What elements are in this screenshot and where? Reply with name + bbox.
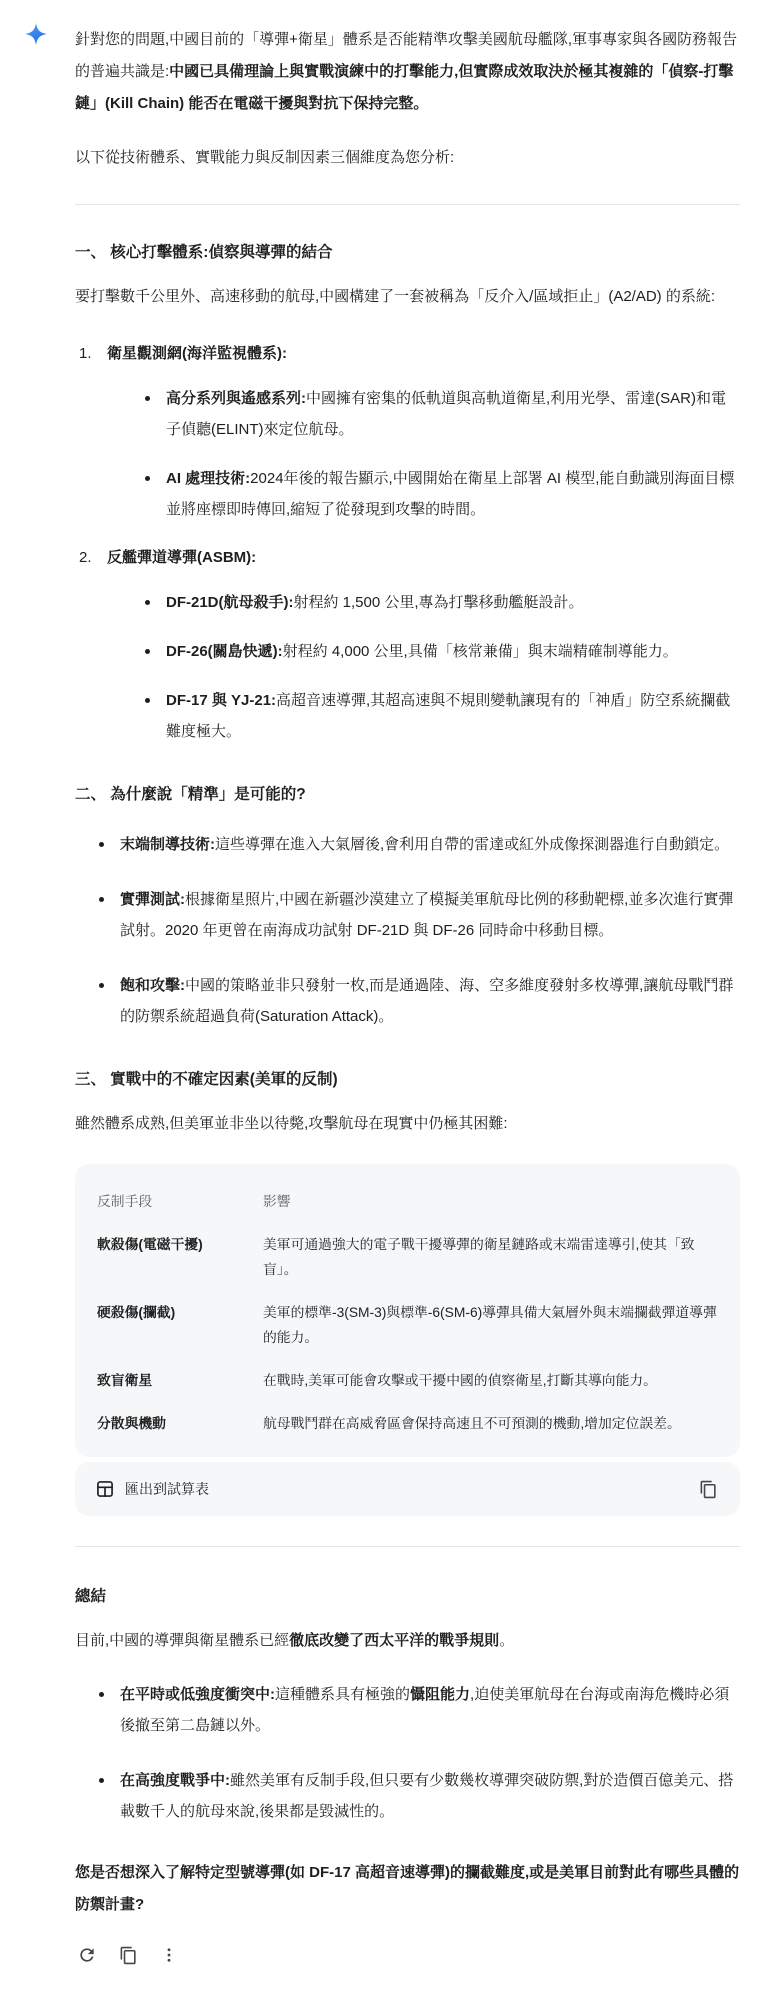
regenerate-button[interactable] [75,1943,99,1967]
intro-bold-text: 中國已具備理論上與實戰演練中的打擊能力,但實際成效取決於極其複雜的「偵察-打擊鏈… [75,63,733,112]
more-options-button[interactable] [158,1944,180,1966]
list-item-title: 衛星觀測網(海洋監視體系): [107,339,287,369]
list-item: 末端制導技術:這些導彈在進入大氣層後,會利用自帶的雷達或紅外成像探測器進行自動鎖… [91,829,740,860]
bullet-label: 實彈測試: [120,891,185,908]
table-actions-bar: 匯出到試算表 [75,1462,740,1516]
list-item: 在平時或低強度衝突中:這種體系具有極強的懾阻能力,迫使美軍航母在台海或南海危機時… [91,1679,740,1741]
bullet-text: DF-26(關島快遞):射程約 4,000 公里,具備「核常兼備」與末端精確制導… [166,636,678,667]
table-header-impact: 影響 [263,1189,718,1214]
bullet-text: 實彈測試:根據衛星照片,中國在新疆沙漠建立了模擬美軍航母比例的移動靶標,並多次進… [120,884,740,946]
list-item-title-row: 1. 衛星觀測網(海洋監視體系): [79,339,740,369]
bullet-body: 射程約 1,500 公里,專為打擊移動艦艇設計。 [294,594,584,611]
section-divider [75,1546,740,1547]
summary-lead: 目前,中國的導彈與衛星體系已經徹底改變了西太平洋的戰爭規則。 [75,1625,740,1657]
bullet-dot [99,983,104,988]
bullet-dot [99,897,104,902]
list-item-title: 反艦彈道導彈(ASBM): [107,543,256,573]
copy-response-button[interactable] [117,1944,140,1967]
table-cell-impact: 美軍可通過強大的電子戰干擾導彈的衛星鏈路或末端雷達導引,使其「致盲」。 [263,1232,718,1282]
bullet-label: 飽和攻擊: [120,977,185,994]
table-row: 致盲衛星 在戰時,美軍可能會攻擊或干擾中國的偵察衛星,打斷其導向能力。 [97,1359,718,1402]
refresh-icon [77,1945,97,1965]
bullet-body: 射程約 4,000 公里,具備「核常兼備」與末端精確制導能力。 [283,643,678,660]
table-cell-impact: 航母戰鬥群在高威脅區會保持高速且不可預測的機動,增加定位誤差。 [263,1411,718,1436]
list-item: DF-17 與 YJ-21:高超音速導彈,其超高速與不規則變軌讓現有的「神盾」防… [137,685,740,747]
bullet-text: 飽和攻擊:中國的策略並非只發射一枚,而是通過陸、海、空多維度發射多枚導彈,讓航母… [120,970,740,1032]
gemini-sparkle-icon [24,22,48,46]
assistant-response: 針對您的問題,中國目前的「導彈+衛星」體系是否能精準攻擊美國航母艦隊,軍事專家與… [0,0,780,2007]
bullet-body: 這種體系具有極強的 [275,1686,410,1703]
list-item: 2. 反艦彈道導彈(ASBM): DF-21D(航母殺手):射程約 1,500 … [79,543,740,747]
bullet-body: 這些導彈在進入大氣層後,會利用自帶的雷達或紅外成像探測器進行自動鎖定。 [215,836,729,853]
bullet-text: 在高強度戰爭中:雖然美軍有反制手段,但只要有少數幾枚導彈突破防禦,對於造價百億美… [120,1765,740,1827]
bullet-label: 末端制導技術: [120,836,215,853]
list-item: 飽和攻擊:中國的策略並非只發射一枚,而是通過陸、海、空多維度發射多枚導彈,讓航母… [91,970,740,1032]
list-item: 高分系列與遙感系列:中國擁有密集的低軌道與高軌道衛星,利用光學、雷達(SAR)和… [137,383,740,445]
bullet-text: 在平時或低強度衝突中:這種體系具有極強的懾阻能力,迫使美軍航母在台海或南海危機時… [120,1679,740,1741]
bullet-dot [145,600,150,605]
bullet-dot [99,842,104,847]
section2-heading: 二、 為什麼說「精準」是可能的? [75,783,740,807]
list-item: DF-21D(航母殺手):射程約 1,500 公里,專為打擊移動艦艇設計。 [137,587,740,618]
bullet-body: 根據衛星照片,中國在新疆沙漠建立了模擬美軍航母比例的移動靶標,並多次進行實彈試射… [120,891,733,939]
bullet-text: DF-21D(航母殺手):射程約 1,500 公里,專為打擊移動艦艇設計。 [166,587,584,618]
bullet-text: DF-17 與 YJ-21:高超音速導彈,其超高速與不規則變軌讓現有的「神盾」防… [166,685,740,747]
list-item: 實彈測試:根據衛星照片,中國在新疆沙漠建立了模擬美軍航母比例的移動靶標,並多次進… [91,884,740,946]
bullet-label: 在高強度戰爭中: [120,1772,230,1789]
bullet-dot [99,1778,104,1783]
table-cell-method: 分散與機動 [97,1411,245,1436]
list-item-title-row: 2. 反艦彈道導彈(ASBM): [79,543,740,573]
table-cell-method: 軟殺傷(電磁干擾) [97,1232,245,1282]
table-row: 分散與機動 航母戰鬥群在高威脅區會保持高速且不可預測的機動,增加定位誤差。 [97,1402,718,1445]
list-item-number: 2. [79,543,107,573]
bullet-text: 末端制導技術:這些導彈在進入大氣層後,會利用自帶的雷達或紅外成像探測器進行自動鎖… [120,829,729,860]
bullet-label: 在平時或低強度衝突中: [120,1686,275,1703]
bullet-dot [145,476,150,481]
section3-heading: 三、 實戰中的不確定因素(美軍的反制) [75,1068,740,1092]
bullet-label: DF-26(關島快遞): [166,643,283,660]
list-item: DF-26(關島快遞):射程約 4,000 公里,具備「核常兼備」與末端精確制導… [137,636,740,667]
nested-bullet-list: DF-21D(航母殺手):射程約 1,500 公里,專為打擊移動艦艇設計。 DF… [137,587,740,747]
bullet-body: 中國的策略並非只發射一枚,而是通過陸、海、空多維度發射多枚導彈,讓航母戰鬥群的防… [120,977,733,1025]
intro-paragraph: 針對您的問題,中國目前的「導彈+衛星」體系是否能精準攻擊美國航母艦隊,軍事專家與… [75,24,740,120]
table-row: 軟殺傷(電磁干擾) 美軍可通過強大的電子戰干擾導彈的衛星鏈路或末端雷達導引,使其… [97,1223,718,1291]
table-header-method: 反制手段 [97,1189,245,1214]
section1-ordered-list: 1. 衛星觀測網(海洋監視體系): 高分系列與遙感系列:中國擁有密集的低軌道與高… [79,339,740,747]
bullet-body: 2024年後的報告顯示,中國開始在衛星上部署 AI 模型,能自動識別海面目標並將… [166,470,734,518]
export-to-sheets-label: 匯出到試算表 [125,1479,209,1499]
bullet-bold: 懾阻能力 [410,1686,470,1703]
list-item: 在高強度戰爭中:雖然美軍有反制手段,但只要有少數幾枚導彈突破防禦,對於造價百億美… [91,1765,740,1827]
bullet-dot [145,649,150,654]
copy-table-button[interactable] [695,1476,722,1503]
intro-outline-line: 以下從技術體系、實戰能力與反制因素三個維度為您分析: [75,142,740,174]
summary-lead-bold: 徹底改變了西太平洋的戰爭規則 [289,1632,499,1649]
export-to-sheets-button[interactable]: 匯出到試算表 [95,1479,209,1499]
table-cell-impact: 在戰時,美軍可能會攻擊或干擾中國的偵察衛星,打斷其導向能力。 [263,1368,718,1393]
bullet-text: 高分系列與遙感系列:中國擁有密集的低軌道與高軌道衛星,利用光學、雷達(SAR)和… [166,383,740,445]
bullet-dot [99,1692,104,1697]
table-cell-method: 硬殺傷(攔截) [97,1300,245,1350]
bullet-label: DF-17 與 YJ-21: [166,692,276,709]
table-row: 硬殺傷(攔截) 美軍的標準-3(SM-3)與標準-6(SM-6)導彈具備大氣層外… [97,1291,718,1359]
bullet-label: 高分系列與遙感系列: [166,390,306,407]
bullet-label: DF-21D(航母殺手): [166,594,294,611]
summary-lead-end: 。 [499,1632,514,1649]
table-icon [95,1479,115,1499]
bullet-dot [145,698,150,703]
section3-lead: 雖然體系成熟,但美軍並非坐以待斃,攻擊航母在現實中仍極其困難: [75,1108,740,1140]
summary-bullet-list: 在平時或低強度衝突中:這種體系具有極強的懾阻能力,迫使美軍航母在台海或南海危機時… [91,1679,740,1827]
table-body: 軟殺傷(電磁干擾) 美軍可通過強大的電子戰干擾導彈的衛星鏈路或末端雷達導引,使其… [97,1223,718,1445]
list-item: 1. 衛星觀測網(海洋監視體系): 高分系列與遙感系列:中國擁有密集的低軌道與高… [79,339,740,525]
bullet-text: AI 處理技術:2024年後的報告顯示,中國開始在衛星上部署 AI 模型,能自動… [166,463,740,525]
copy-icon [119,1946,138,1965]
nested-bullet-list: 高分系列與遙感系列:中國擁有密集的低軌道與高軌道衛星,利用光學、雷達(SAR)和… [137,383,740,525]
summary-lead-text: 目前,中國的導彈與衛星體系已經 [75,1632,289,1649]
copy-icon [699,1480,718,1499]
table-cell-method: 致盲衛星 [97,1368,245,1393]
counter-measures-table: 反制手段 影響 軟殺傷(電磁干擾) 美軍可通過強大的電子戰干擾導彈的衛星鏈路或末… [75,1164,740,1457]
table-cell-impact: 美軍的標準-3(SM-3)與標準-6(SM-6)導彈具備大氣層外與末端攔截彈道導… [263,1300,718,1350]
table-header-row: 反制手段 影響 [97,1180,718,1223]
list-item-number: 1. [79,339,107,369]
section-divider [75,204,740,205]
list-item: AI 處理技術:2024年後的報告顯示,中國開始在衛星上部署 AI 模型,能自動… [137,463,740,525]
closing-question: 您是否想深入了解特定型號導彈(如 DF-17 高超音速導彈)的攔截難度,或是美軍… [75,1857,740,1921]
bullet-dot [145,396,150,401]
more-vert-icon [160,1946,178,1964]
section1-lead: 要打擊數千公里外、高速移動的航母,中國構建了一套被稱為「反介入/區域拒止」(A2… [75,281,740,313]
response-actions [75,1943,740,1967]
section2-bullet-list: 末端制導技術:這些導彈在進入大氣層後,會利用自帶的雷達或紅外成像探測器進行自動鎖… [91,829,740,1032]
summary-heading: 總結 [75,1585,740,1609]
section1-heading: 一、 核心打擊體系:偵察與導彈的結合 [75,241,740,265]
bullet-label: AI 處理技術: [166,470,250,487]
